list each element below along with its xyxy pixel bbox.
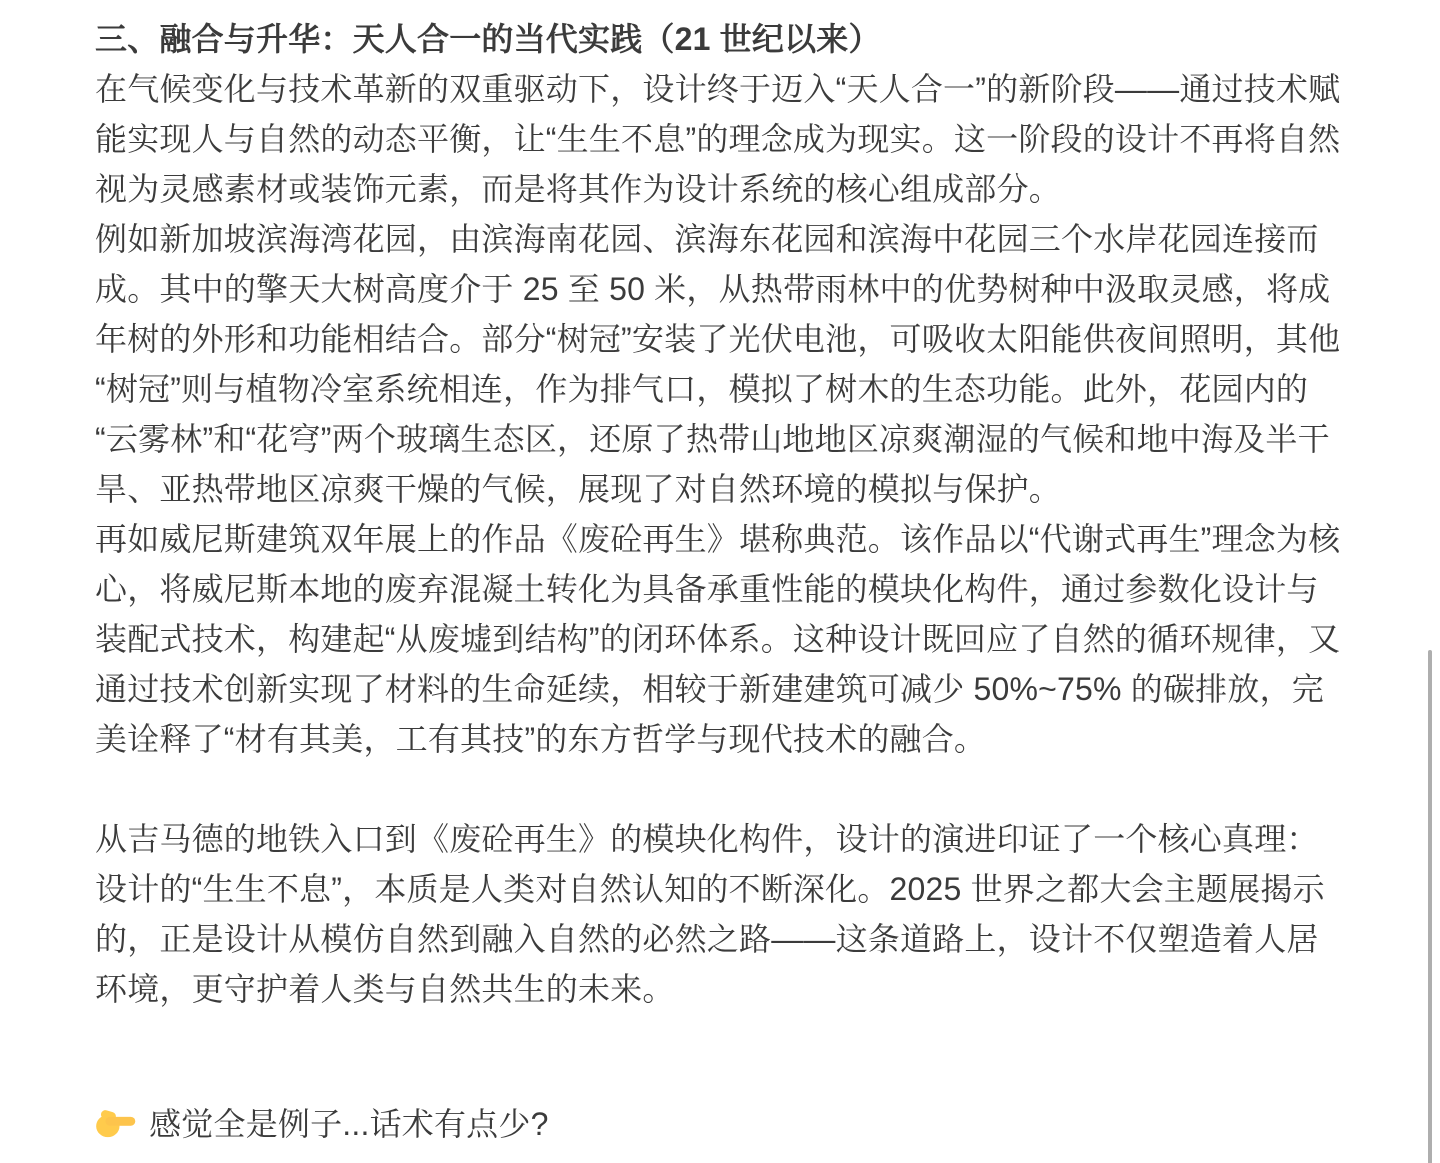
paragraph-conclusion: 从吉马德的地铁入口到《废砼再生》的模块化构件，设计的演进印证了一个核心真理：设计… — [95, 814, 1345, 1014]
paragraph-gardens-by-the-bay: 例如新加坡滨海湾花园，由滨海南花园、滨海东花园和滨海中花园三个水岸花园连接而成。… — [95, 214, 1345, 514]
author-note: 感觉全是例子...话术有点少? — [95, 1099, 1345, 1149]
note-content: 三、融合与升华：天人合一的当代实践（21 世纪以来） 在气候变化与技术革新的双重… — [0, 0, 1345, 1149]
paragraph-overview: 在气候变化与技术革新的双重驱动下，设计终于迈入“天人合一”的新阶段——通过技术赋… — [95, 64, 1345, 214]
scrollbar-thumb[interactable] — [1428, 650, 1432, 1163]
paragraph-venice-biennale: 再如威尼斯建筑双年展上的作品《废砼再生》堪称典范。该作品以“代谢式再生”理念为核… — [95, 514, 1345, 764]
section-heading: 三、融合与升华：天人合一的当代实践（21 世纪以来） — [95, 14, 1345, 64]
pointing-right-emoji-icon — [95, 1101, 137, 1143]
author-note-text: 感觉全是例子...话术有点少? — [149, 1106, 548, 1142]
